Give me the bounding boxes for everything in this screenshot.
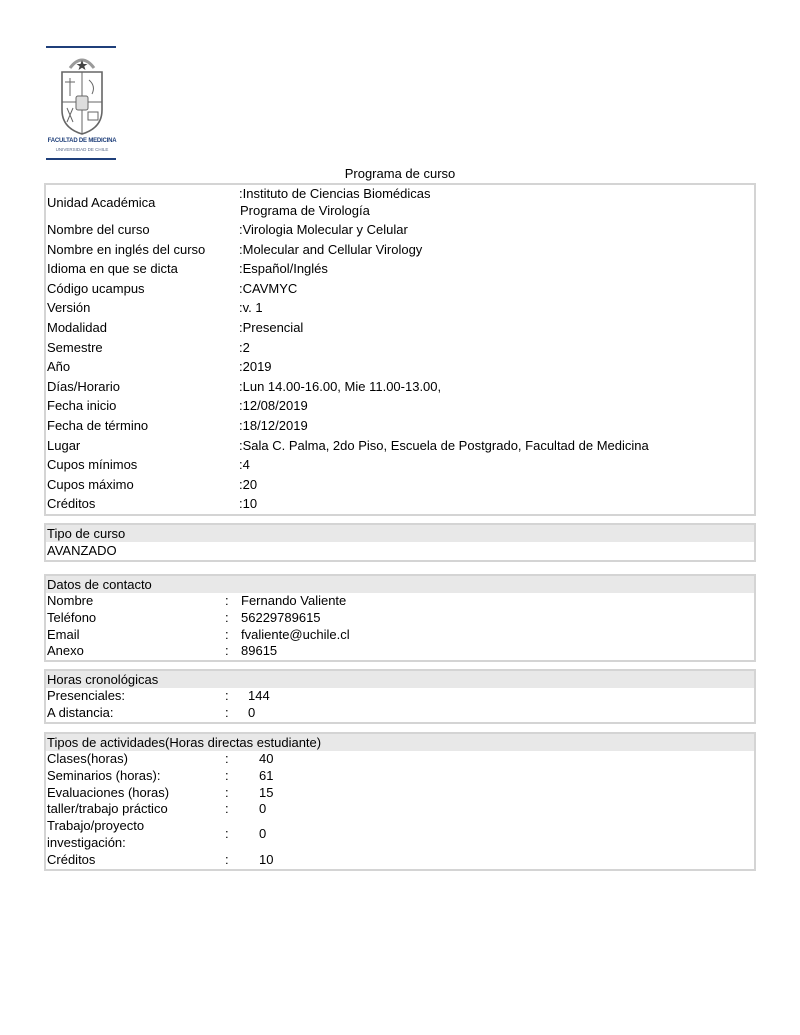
- row-value: :Molecular and Cellular Virology: [239, 240, 422, 260]
- row-label: A distancia:: [47, 705, 114, 722]
- course-type-value: AVANZADO: [46, 542, 754, 560]
- row-value: 0: [248, 705, 255, 722]
- row-colon: :: [225, 785, 229, 802]
- row-value: :12/08/2019: [239, 396, 308, 416]
- row-label-line1: Trabajo/proyecto: [47, 818, 144, 833]
- row-label: Idioma en que se dicta: [47, 259, 178, 279]
- row-value: :CAVMYC: [239, 279, 297, 299]
- faculty-logo: FACULTAD DE MEDICINA UNIVERSIDAD DE CHIL…: [46, 46, 118, 160]
- row-label: Días/Horario: [47, 377, 120, 397]
- section-header: Tipo de curso: [46, 525, 754, 542]
- row-value: :Virologia Molecular y Celular: [239, 220, 408, 240]
- row-value: :2019: [239, 357, 272, 377]
- row-label: Cupos mínimos: [47, 455, 137, 475]
- course-info-table: Unidad Académica :Instituto de Ciencias …: [44, 183, 756, 516]
- row-value: 40: [259, 751, 273, 768]
- course-info-row: Nombre en inglés del curso:Molecular and…: [46, 240, 754, 260]
- row-label: Unidad Académica: [47, 193, 155, 213]
- row-value: 0: [259, 826, 266, 843]
- row-colon: :: [225, 593, 229, 610]
- row-label: Nombre en inglés del curso: [47, 240, 205, 260]
- row-value: 144: [248, 688, 270, 705]
- row-label: Versión: [47, 298, 90, 318]
- row-value: :20: [239, 475, 257, 495]
- row-label: Modalidad: [47, 318, 107, 338]
- row-label: Código ucampus: [47, 279, 145, 299]
- row-label: Nombre: [47, 593, 93, 610]
- row-label: Nombre del curso: [47, 220, 150, 240]
- course-info-row: Fecha de término:18/12/2019: [46, 416, 754, 436]
- section-header: Tipos de actividades(Horas directas estu…: [46, 734, 754, 751]
- row-value: :Presencial: [239, 318, 303, 338]
- row-value: 0: [259, 801, 266, 818]
- hours-row: A distancia::0: [46, 705, 754, 722]
- row-value: 15: [259, 785, 273, 802]
- row-value: 10: [259, 852, 273, 869]
- course-info-row: Nombre del curso:Virologia Molecular y C…: [46, 220, 754, 240]
- row-value: :v. 1: [239, 298, 263, 318]
- row-value: :4: [239, 455, 250, 475]
- activity-row: Clases(horas):40: [46, 751, 754, 768]
- contact-row: Email:fvaliente@uchile.cl: [46, 627, 754, 644]
- row-colon: :: [225, 627, 229, 644]
- row-value: :Instituto de Ciencias Biomédicas Progra…: [239, 185, 430, 219]
- row-value: :18/12/2019: [239, 416, 308, 436]
- row-label: Teléfono: [47, 610, 96, 627]
- contact-name: Fernando Valiente: [241, 593, 346, 610]
- logo-bottom-rule: [46, 158, 116, 160]
- row-label: Fecha inicio: [47, 396, 116, 416]
- course-info-row: Cupos mínimos:4: [46, 455, 754, 475]
- row-value-line2: Programa de Virología: [239, 203, 370, 218]
- activity-row: taller/trabajo práctico:0: [46, 801, 754, 818]
- course-info-row: Unidad Académica :Instituto de Ciencias …: [46, 185, 754, 220]
- contact-email: fvaliente@uchile.cl: [241, 627, 350, 644]
- row-colon: :: [225, 688, 229, 705]
- row-value: :10: [239, 494, 257, 514]
- activity-row: Seminarios (horas)::61: [46, 768, 754, 785]
- course-info-row: Versión:v. 1: [46, 298, 754, 318]
- coat-of-arms-icon: [46, 50, 118, 140]
- contact-phone: 56229789615: [241, 610, 321, 627]
- logo-faculty-name: FACULTAD DE MEDICINA: [46, 138, 118, 144]
- course-info-row: Créditos:10: [46, 494, 754, 514]
- row-label: Fecha de término: [47, 416, 148, 436]
- course-info-row: Fecha inicio:12/08/2019: [46, 396, 754, 416]
- contact-extension: 89615: [241, 643, 277, 660]
- contact-row: Teléfono:56229789615: [46, 610, 754, 627]
- activities-section: Tipos de actividades(Horas directas estu…: [44, 732, 756, 871]
- row-colon: :: [225, 705, 229, 722]
- row-label: Email: [47, 627, 80, 644]
- row-value: :Español/Inglés: [239, 259, 328, 279]
- row-colon: :: [225, 610, 229, 627]
- row-colon: :: [225, 852, 229, 869]
- logo-university-name: UNIVERSIDAD DE CHILE: [46, 147, 118, 152]
- course-info-row: Semestre:2: [46, 338, 754, 358]
- course-type-section: Tipo de curso AVANZADO: [44, 523, 756, 562]
- contact-row: Nombre:Fernando Valiente: [46, 593, 754, 610]
- row-label: Créditos: [47, 852, 95, 869]
- row-label-line2: investigación:: [47, 835, 126, 850]
- row-value: 61: [259, 768, 273, 785]
- row-label: Semestre: [47, 338, 103, 358]
- course-info-row: Modalidad:Presencial: [46, 318, 754, 338]
- row-colon: :: [225, 643, 229, 660]
- activity-row: Créditos:10: [46, 852, 754, 869]
- page-title: Programa de curso: [0, 166, 800, 181]
- row-label: Lugar: [47, 436, 80, 456]
- course-info-row: Código ucampus:CAVMYC: [46, 279, 754, 299]
- logo-top-rule: [46, 46, 116, 48]
- row-label: Créditos: [47, 494, 95, 514]
- row-label: Clases(horas): [47, 751, 128, 768]
- row-label: Anexo: [47, 643, 84, 660]
- contact-row: Anexo:89615: [46, 643, 754, 660]
- row-value: :Sala C. Palma, 2do Piso, Escuela de Pos…: [239, 436, 649, 456]
- section-header: Datos de contacto: [46, 576, 754, 593]
- course-info-row: Lugar:Sala C. Palma, 2do Piso, Escuela d…: [46, 436, 754, 456]
- row-label: Cupos máximo: [47, 475, 134, 495]
- course-info-row: Días/Horario:Lun 14.00-16.00, Mie 11.00-…: [46, 377, 754, 397]
- row-label: Evaluaciones (horas): [47, 785, 169, 802]
- section-header: Horas cronológicas: [46, 671, 754, 688]
- course-info-row: Cupos máximo:20: [46, 475, 754, 495]
- row-label: Trabajo/proyectoinvestigación:: [47, 818, 144, 851]
- row-value: :2: [239, 338, 250, 358]
- row-label: Presenciales:: [47, 688, 125, 705]
- course-info-row: Año:2019: [46, 357, 754, 377]
- activity-row: Evaluaciones (horas):15: [46, 785, 754, 802]
- hours-row: Presenciales::144: [46, 688, 754, 705]
- row-colon: :: [225, 801, 229, 818]
- contact-section: Datos de contacto Nombre:Fernando Valien…: [44, 574, 756, 662]
- row-colon: :: [225, 826, 229, 843]
- row-value-line1: :Instituto de Ciencias Biomédicas: [239, 186, 430, 201]
- row-value: :Lun 14.00-16.00, Mie 11.00-13.00,: [239, 377, 441, 397]
- row-label: Seminarios (horas):: [47, 768, 160, 785]
- row-label: Año: [47, 357, 70, 377]
- activity-row: Trabajo/proyectoinvestigación: : 0: [46, 818, 754, 852]
- row-label: taller/trabajo práctico: [47, 801, 168, 818]
- hours-section: Horas cronológicas Presenciales::144 A d…: [44, 669, 756, 724]
- row-colon: :: [225, 751, 229, 768]
- row-colon: :: [225, 768, 229, 785]
- course-info-row: Idioma en que se dicta:Español/Inglés: [46, 259, 754, 279]
